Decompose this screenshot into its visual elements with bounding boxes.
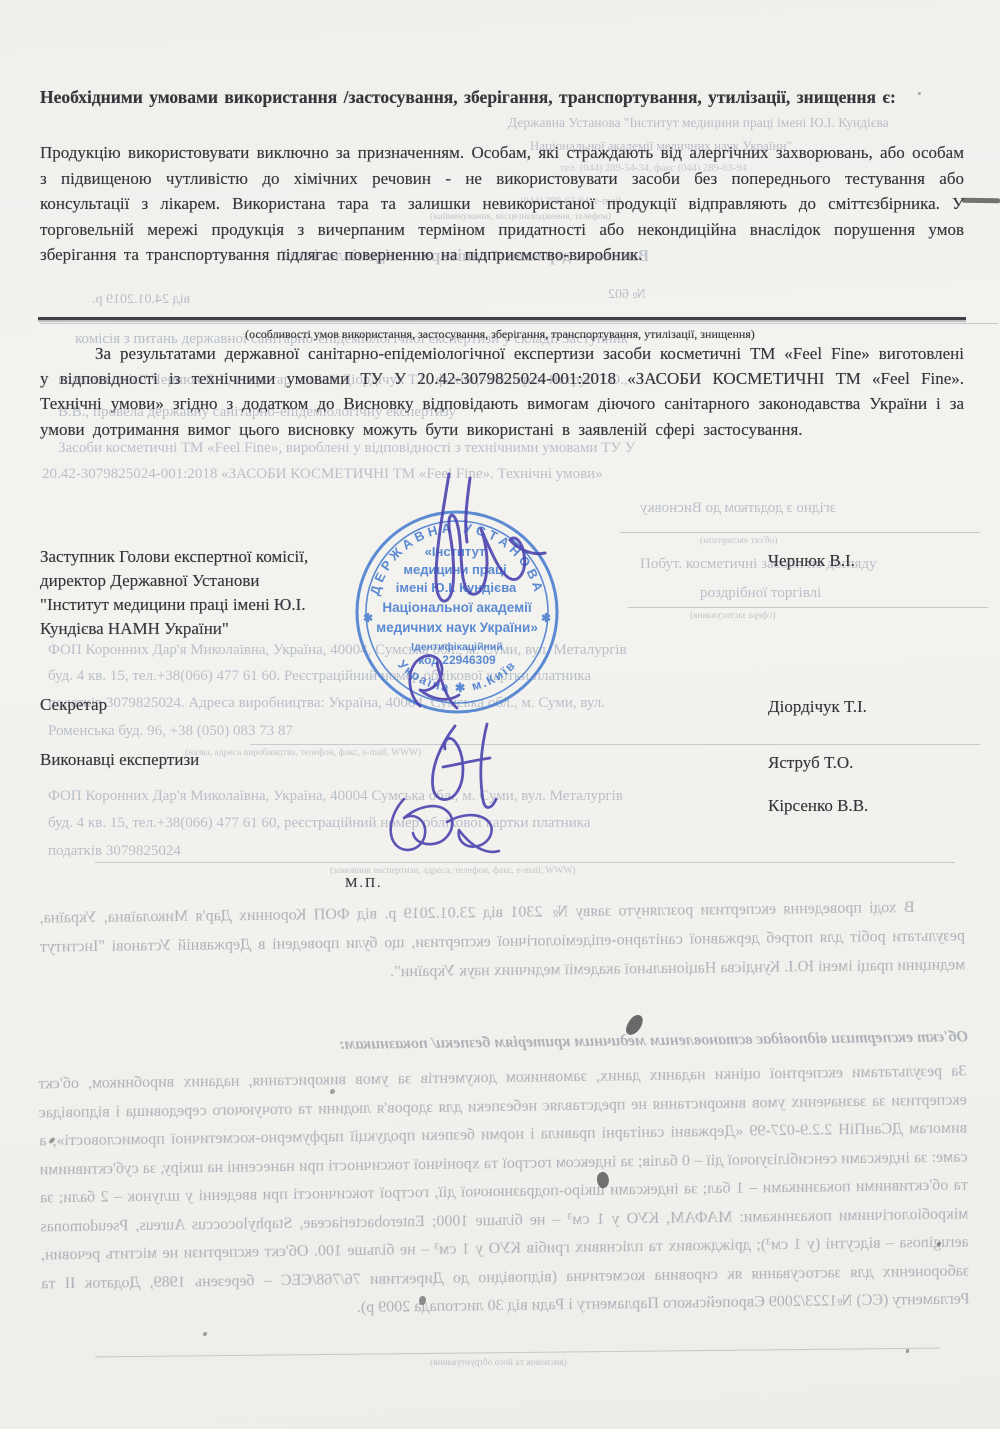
stamp-text-line: медицини праці xyxy=(403,562,506,577)
executor-name-yastrub: Яструб Т.О. xyxy=(768,753,853,773)
ghost-rule xyxy=(40,323,998,324)
ghost-line: ФОП Коронних Дар'я Миколаївна, Україна, … xyxy=(48,788,623,805)
conditions-paragraph: Продукцію використовувати виключно за пр… xyxy=(40,140,964,268)
ghost-paragraph-mirrored: В ході проведення експертизи розглянуто … xyxy=(40,892,966,990)
ghost-line: Роменська буд. 96, +38 (050) 083 73 87 xyxy=(48,723,293,740)
ghost-caption: (назва, адреса виробництва, телефон, фак… xyxy=(185,748,421,758)
ghost-rule xyxy=(250,744,980,745)
ghost-caption-mirrored: (об'єкт експертизи) xyxy=(700,536,778,546)
stamp-id-label: Ідентифікаційний xyxy=(411,641,503,653)
ghost-rule xyxy=(95,1348,940,1358)
ghost-caption-mirrored: (висновок та його обґрунтування) xyxy=(430,1358,567,1368)
ghost-line: Державна Установа "Інститут медицини пра… xyxy=(508,115,889,131)
stamp-text-line: «Інститут xyxy=(425,544,486,559)
section-divider xyxy=(38,317,966,320)
scan-edge-mark xyxy=(962,198,1000,204)
scan-speck xyxy=(906,1349,909,1353)
ghost-line: 20.42-3079825024-001:2018 «ЗАСОБИ КОСМЕТ… xyxy=(42,466,603,483)
deputy-head-title: Заступник Голови експертної комісії, дир… xyxy=(40,545,332,641)
ghost-line: буд. 4 кв. 15, тел.+38(066) 477 61 60, р… xyxy=(48,815,590,832)
stamp-star-right: ✱ xyxy=(541,611,551,625)
ghost-line-mirrored: Об'єкт експертизи відповідає встановлени… xyxy=(40,1028,968,1057)
divider-caption: (особливості умов використання, застосув… xyxy=(0,327,1000,342)
stamp-star-left: ✱ xyxy=(363,611,373,625)
scan-speck xyxy=(203,1332,207,1336)
ghost-paragraph-mirrored: За результатами експертної оцінки надани… xyxy=(38,1058,969,1327)
ghost-number-mirrored: № 602 xyxy=(608,287,646,303)
ghost-line: податків 3079825024 xyxy=(48,843,181,860)
ghost-line: роздрібної торгівлі xyxy=(700,585,821,602)
ghost-caption-mirrored: (сфера застосування) xyxy=(690,611,776,621)
stamp-id-code: код 22946309 xyxy=(418,653,496,667)
ghost-date-mirrored: від 24.01.2019 р. xyxy=(92,292,190,308)
conditions-heading: Необхідними умовами використання /застос… xyxy=(40,84,964,110)
ghost-line-mirrored: згідно з додатком до Висновку xyxy=(640,500,836,517)
seal-place-label: М.П. xyxy=(345,876,383,892)
ghost-rule xyxy=(620,532,980,533)
stamp-text-line: Національної академії xyxy=(382,600,532,615)
secretary-label: Секретар xyxy=(40,695,107,715)
ghost-caption: (замовник експертизи, адреса, телефон, ф… xyxy=(330,866,575,876)
deputy-head-name: Чернюк В.І. xyxy=(768,551,855,571)
expertise-results-paragraph: За результатами державної санітарно-епід… xyxy=(40,341,964,442)
stamp-text-line: медичних наук України» xyxy=(376,620,538,635)
ghost-line: Засоби косметичні ТМ «Feel Fine», виробл… xyxy=(58,440,635,457)
executor-name-kirsenko: Кірсенко В.В. xyxy=(768,796,868,816)
official-stamp: ДЕРЖАВНА УСТАНОВА Україна ✱ м.Київ ✱ ✱ «… xyxy=(337,492,577,732)
ghost-rule xyxy=(628,607,988,608)
ghost-rule xyxy=(95,862,955,863)
executors-label: Виконавці експертизи xyxy=(40,750,199,770)
stamp-text-line: імені Ю.І. Кундієва xyxy=(396,580,517,595)
secretary-name: Діордічук Т.І. xyxy=(768,697,867,717)
scanned-document-page: Державна Установа "Інститут медицини пра… xyxy=(0,0,1000,1429)
